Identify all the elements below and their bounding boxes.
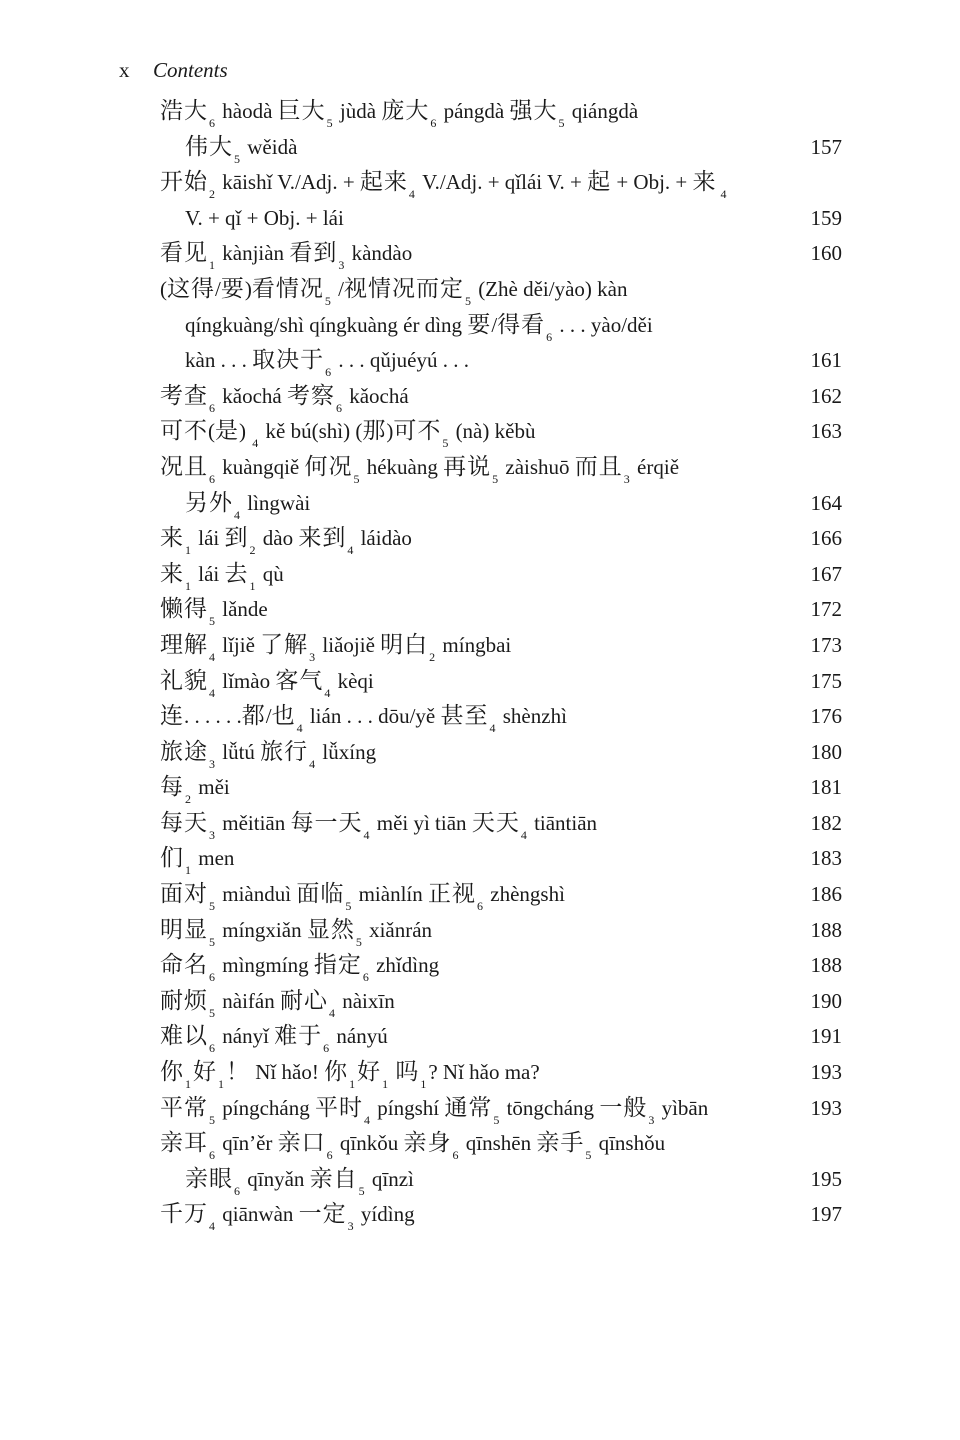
pinyin-text: liǎojiě	[317, 633, 380, 657]
pinyin-text: píngshí	[372, 1096, 444, 1120]
chinese-term: 千万	[160, 1201, 208, 1227]
toc-entry-line: 命名6 mìngmíng 指定6 zhǐdìng188	[160, 948, 842, 984]
hsk-level: 5	[209, 935, 215, 949]
chinese-term: 要	[221, 276, 245, 302]
pinyin-text: )	[245, 277, 252, 301]
chinese-term: 也	[272, 703, 296, 729]
chinese-term: ！	[226, 1059, 250, 1085]
pinyin-text: měi	[193, 775, 230, 799]
page-number: 175	[811, 664, 843, 700]
hsk-level: 6	[477, 899, 483, 913]
toc-entry-line: (这得/要)看情况5 /视情况而定5 (Zhè děi/yào) kàn	[160, 272, 842, 308]
pinyin-text: měitiān	[217, 811, 290, 835]
hsk-level: 6	[209, 1148, 215, 1162]
pinyin-text: lǎnde	[217, 597, 268, 621]
pinyin-text: qīnkǒu	[335, 1131, 404, 1155]
hsk-level: 4	[324, 686, 330, 700]
pinyin-text: míngbai	[437, 633, 511, 657]
pinyin-text: (Zhè děi/yào) kàn	[473, 277, 628, 301]
pinyin-text: V./Adj. + qǐlái V. +	[417, 170, 587, 194]
toc-entry-line: 平常5 píngcháng 平时4 píngshí 通常5 tōngcháng …	[160, 1091, 842, 1127]
chinese-term: 懒得	[160, 596, 208, 622]
toc-entry-continuation: qíngkuàng/shì qíngkuàng ér dìng 要/得看6 . …	[160, 308, 842, 344]
hsk-level: 5	[492, 472, 498, 486]
toc-entry[interactable]: 来1 lái 去1 qù167	[160, 557, 842, 593]
hsk-level: 5	[325, 294, 331, 308]
chinese-term: 你	[160, 1059, 184, 1085]
chinese-term: 看到	[289, 240, 337, 266]
toc-entry-line: 来1 lái 到2 dào 来到4 láidào166	[160, 521, 842, 557]
page-number: 160	[811, 236, 843, 272]
toc-entry[interactable]: 你1好1！ Nǐ hǎo! 你1好1 吗1? Nǐ hǎo ma?193	[160, 1055, 842, 1091]
hsk-level: 5	[356, 935, 362, 949]
page-number: 161	[811, 343, 843, 379]
toc-entry-line: 理解4 lǐjiě 了解3 liǎojiě 明白2 míngbai173	[160, 628, 842, 664]
pinyin-text: jùdà	[335, 99, 382, 123]
pinyin-text: tiāntiān	[529, 811, 597, 835]
hsk-level: 5	[359, 1184, 365, 1198]
hsk-level: 5	[209, 1006, 215, 1020]
pinyin-text: qiángdà	[566, 99, 638, 123]
pinyin-text: xiǎnrán	[364, 918, 432, 942]
hsk-level: 5	[209, 614, 215, 628]
toc-entry-line: 每天3 měitiān 每一天4 měi yì tiān 天天4 tiāntiā…	[160, 806, 842, 842]
pinyin-text: miànduì	[217, 882, 296, 906]
hsk-level: 6	[430, 116, 436, 130]
chinese-term: 每天	[160, 810, 208, 836]
chinese-term: 耐心	[280, 988, 328, 1014]
hsk-level: 1	[209, 258, 215, 272]
hsk-level: 6	[546, 330, 552, 344]
toc-entry-continuation: V. + qǐ + Obj. + lái159	[160, 201, 842, 237]
chinese-term: 亲自	[310, 1166, 358, 1192]
chinese-term: 另外	[185, 490, 233, 516]
page-number: 193	[811, 1091, 843, 1127]
hsk-level: 5	[209, 899, 215, 913]
toc-entry-line: 难以6 nányǐ 难于6 nányú191	[160, 1019, 842, 1055]
hsk-level: 1	[185, 579, 191, 593]
chinese-term: 可不	[160, 418, 208, 444]
pinyin-text: kāishǐ V./Adj. +	[217, 170, 360, 194]
page-number: 190	[811, 984, 843, 1020]
hsk-level: 1	[218, 1077, 224, 1091]
hsk-level: 4	[521, 828, 527, 842]
chinese-term: 庞大	[381, 98, 429, 124]
hsk-level: 2	[185, 792, 191, 806]
pinyin-text: qíngkuàng/shì qíngkuàng ér dìng	[185, 313, 467, 337]
chinese-term: 吗	[395, 1059, 419, 1085]
page-number: 197	[811, 1197, 843, 1233]
toc-entry[interactable]: 礼貌4 lǐmào 客气4 kèqi175	[160, 664, 842, 700]
toc-entry[interactable]: 浩大6 hàodà 巨大5 jùdà 庞大6 pángdà 强大5 qiángd…	[160, 94, 842, 165]
toc-entry[interactable]: 连. . . . . .都/也4 lián . . . dōu/yě 甚至4 s…	[160, 699, 842, 735]
toc-entry-line: 考查6 kǎochá 考察6 kǎochá162	[160, 379, 842, 415]
toc-entry[interactable]: 面对5 miànduì 面临5 miànlín 正视6 zhèngshì186	[160, 877, 842, 913]
hsk-level: 5	[209, 1113, 215, 1127]
pinyin-text: qīnshǒu	[593, 1131, 665, 1155]
toc-entry-line: 你1好1！ Nǐ hǎo! 你1好1 吗1? Nǐ hǎo ma?193	[160, 1055, 842, 1091]
chinese-term: 是	[215, 418, 239, 444]
chinese-term: 来	[160, 561, 184, 587]
toc-entry[interactable]: 难以6 nányǐ 难于6 nányú191	[160, 1019, 842, 1055]
toc-entry-line: 亲耳6 qīn’ěr 亲口6 qīnkǒu 亲身6 qīnshēn 亲手5 qī…	[160, 1126, 842, 1162]
hsk-level: 1	[250, 579, 256, 593]
toc-entry-line: 可不(是) 4 kě bú(shì) (那)可不5 (nà) kěbù163	[160, 414, 842, 450]
hsk-level: 6	[209, 472, 215, 486]
pinyin-text: lái	[193, 526, 225, 550]
page-number: 163	[811, 414, 843, 450]
chinese-term: 取决于	[252, 347, 324, 373]
page-number: 162	[811, 379, 843, 415]
hsk-level: 5	[353, 472, 359, 486]
page-number: 182	[811, 806, 843, 842]
hsk-level: 5	[327, 116, 333, 130]
chinese-term: 来	[693, 169, 717, 195]
pinyin-text: lián . . . dōu/yě	[305, 704, 441, 728]
chinese-term: 巨大	[278, 98, 326, 124]
hsk-level: 4	[347, 543, 353, 557]
chinese-term: 好	[193, 1059, 217, 1085]
toc-entry[interactable]: 理解4 lǐjiě 了解3 liǎojiě 明白2 míngbai173	[160, 628, 842, 664]
chinese-term: 正视	[428, 881, 476, 907]
toc-entry[interactable]: 平常5 píngcháng 平时4 píngshí 通常5 tōngcháng …	[160, 1091, 842, 1127]
hsk-level: 5	[585, 1148, 591, 1162]
chinese-term: 们	[160, 845, 184, 871]
chinese-term: 显然	[307, 917, 355, 943]
page-number: 157	[811, 130, 843, 166]
pinyin-text: lǚtú	[217, 740, 260, 764]
chinese-term: 理解	[160, 632, 208, 658]
hsk-level: 4	[364, 1113, 370, 1127]
pinyin-text: (nà) kěbù	[450, 419, 535, 443]
chinese-term: 通常	[444, 1095, 492, 1121]
hsk-level: 1	[420, 1077, 426, 1091]
pinyin-text: kàn . . .	[185, 348, 252, 372]
pinyin-text: qīnyǎn	[242, 1167, 310, 1191]
hsk-level: 2	[429, 650, 435, 664]
toc-entry-line: 懒得5 lǎnde172	[160, 592, 842, 628]
pinyin-text: kàndào	[346, 241, 412, 265]
pinyin-text: tōngcháng	[501, 1096, 599, 1120]
toc-entry[interactable]: 考查6 kǎochá 考察6 kǎochá162	[160, 379, 842, 415]
pinyin-text: . . . yào/děi	[554, 313, 653, 337]
pinyin-text: V. + qǐ + Obj. + lái	[185, 206, 344, 230]
pinyin-text: kànjiàn	[217, 241, 289, 265]
toc-entry-line: 连. . . . . .都/也4 lián . . . dōu/yě 甚至4 s…	[160, 699, 842, 735]
hsk-level: 3	[309, 650, 315, 664]
hsk-level: 3	[648, 1113, 654, 1127]
chinese-term: 去	[225, 561, 249, 587]
pinyin-text: yìbān	[656, 1096, 708, 1120]
pinyin-text: kèqi	[332, 669, 373, 693]
pinyin-text: lǐjiě	[217, 633, 260, 657]
hsk-level: 1	[185, 863, 191, 877]
pinyin-text: érqiě	[632, 455, 679, 479]
toc-entry-line: 耐烦5 nàifán 耐心4 nàixīn190	[160, 984, 842, 1020]
pinyin-text: wěidà	[242, 135, 297, 159]
hsk-level: 6	[209, 1041, 215, 1055]
toc-entry-line: 礼貌4 lǐmào 客气4 kèqi175	[160, 664, 842, 700]
hsk-level: 3	[348, 1219, 354, 1233]
chinese-term: 连	[160, 703, 184, 729]
chinese-term: 可不	[393, 418, 441, 444]
pinyin-text: mìngmíng	[217, 953, 314, 977]
pinyin-text: nányǐ	[217, 1024, 274, 1048]
page-number: 180	[811, 735, 843, 771]
pinyin-text: . . . . . .	[184, 704, 242, 728]
page-number: 167	[811, 557, 843, 593]
toc-entry-continuation: kàn . . . 取决于6 . . . qǔjuéyú . . .161	[160, 343, 842, 379]
page-number: 191	[811, 1019, 843, 1055]
toc-entry[interactable]: 每天3 měitiān 每一天4 měi yì tiān 天天4 tiāntiā…	[160, 806, 842, 842]
pinyin-text: qīn’ěr	[217, 1131, 278, 1155]
page-number: 186	[811, 877, 843, 913]
chinese-term: 难以	[160, 1023, 208, 1049]
pinyin-text: men	[193, 846, 234, 870]
hsk-level: 4	[234, 508, 240, 522]
chinese-term: 旅行	[260, 739, 308, 765]
hsk-level: 6	[327, 1148, 333, 1162]
pinyin-text: miànlín	[353, 882, 428, 906]
chinese-term: 何况	[304, 454, 352, 480]
toc-entry[interactable]: 懒得5 lǎnde172	[160, 592, 842, 628]
chinese-term: 客气	[275, 668, 323, 694]
pinyin-text: lìngwài	[242, 491, 310, 515]
pinyin-text: píngcháng	[217, 1096, 315, 1120]
running-head: xContents	[119, 56, 228, 84]
table-of-contents: 浩大6 hàodà 巨大5 jùdà 庞大6 pángdà 强大5 qiángd…	[160, 94, 842, 1233]
hsk-level: 4	[490, 721, 496, 735]
hsk-level: 4	[409, 187, 415, 201]
hsk-level: 4	[209, 1219, 215, 1233]
chinese-term: 旅途	[160, 739, 208, 765]
page-number: 188	[811, 948, 843, 984]
pinyin-text: hàodà	[217, 99, 278, 123]
pinyin-text: (	[160, 277, 167, 301]
page-number: 193	[811, 1055, 843, 1091]
hsk-level: 6	[336, 401, 342, 415]
hsk-level: 6	[234, 1184, 240, 1198]
toc-entry-line: 开始2 kāishǐ V./Adj. + 起来4 V./Adj. + qǐlái…	[160, 165, 842, 201]
chinese-term: 再说	[443, 454, 491, 480]
pinyin-text: qù	[258, 562, 284, 586]
toc-entry[interactable]: (这得/要)看情况5 /视情况而定5 (Zhè děi/yào) kànqíng…	[160, 272, 842, 379]
hsk-level: 5	[465, 294, 471, 308]
hsk-level: 6	[323, 1041, 329, 1055]
toc-entry-continuation: 亲眼6 qīnyǎn 亲自5 qīnzì195	[160, 1162, 842, 1198]
chinese-term: 每一天	[290, 810, 362, 836]
toc-entry[interactable]: 每2 měi181	[160, 770, 842, 806]
hsk-level: 5	[234, 152, 240, 166]
chinese-term: 亲耳	[160, 1130, 208, 1156]
toc-entry-continuation: 伟大5 wěidà157	[160, 130, 842, 166]
hsk-level: 5	[558, 116, 564, 130]
page-number: 159	[811, 201, 843, 237]
toc-entry-line: 看见1 kànjiàn 看到3 kàndào160	[160, 236, 842, 272]
pinyin-text: lái	[193, 562, 225, 586]
pinyin-text: láidào	[355, 526, 412, 550]
toc-entry-line: 面对5 miànduì 面临5 miànlín 正视6 zhèngshì186	[160, 877, 842, 913]
pinyin-text: (	[208, 419, 215, 443]
chinese-term: 亲身	[404, 1130, 452, 1156]
hsk-level: 5	[345, 899, 351, 913]
chinese-term: 到	[225, 525, 249, 551]
hsk-level: 6	[209, 116, 215, 130]
chinese-term: 天天	[472, 810, 520, 836]
hsk-level: 1	[185, 543, 191, 557]
toc-entry-line: 来1 lái 去1 qù167	[160, 557, 842, 593]
pinyin-text: . . . qǔjuéyú . . .	[333, 348, 469, 372]
chinese-term: 难于	[274, 1023, 322, 1049]
chinese-term: 而且	[575, 454, 623, 480]
chinese-term: 看见	[160, 240, 208, 266]
page-number: 188	[811, 913, 843, 949]
chinese-term: 一定	[299, 1201, 347, 1227]
chinese-term: 每	[160, 774, 184, 800]
toc-entry-continuation: 另外4 lìngwài164	[160, 486, 842, 522]
hsk-level: 6	[209, 401, 215, 415]
chinese-term: 开始	[160, 169, 208, 195]
pinyin-text: kě bú(shì) (	[260, 419, 362, 443]
hsk-level: 4	[718, 187, 727, 201]
pinyin-text: dào	[258, 526, 299, 550]
chinese-term: 考察	[287, 383, 335, 409]
toc-entry[interactable]: 来1 lái 到2 dào 来到4 láidào166	[160, 521, 842, 557]
chinese-term: 甚至	[441, 703, 489, 729]
chinese-term: 浩大	[160, 98, 208, 124]
page-number: 164	[811, 486, 843, 522]
chinese-term: 明白	[380, 632, 428, 658]
page-number: 176	[811, 699, 843, 735]
toc-entry[interactable]: 看见1 kànjiàn 看到3 kàndào160	[160, 236, 842, 272]
toc-entry[interactable]: 亲耳6 qīn’ěr 亲口6 qīnkǒu 亲身6 qīnshēn 亲手5 qī…	[160, 1126, 842, 1197]
chinese-term: 要	[467, 312, 491, 338]
pinyin-text: qiānwàn	[217, 1202, 299, 1226]
hsk-level: 3	[338, 258, 344, 272]
chinese-term: 面临	[296, 881, 344, 907]
page-number: 181	[811, 770, 843, 806]
pinyin-text: nàixīn	[337, 989, 395, 1013]
chinese-term: 强大	[509, 98, 557, 124]
hsk-level: 6	[363, 970, 369, 984]
toc-entry-line: 每2 měi181	[160, 770, 842, 806]
chinese-term: 来	[160, 525, 184, 551]
hsk-level: 4	[309, 757, 315, 771]
pinyin-text: kǎochá	[217, 384, 287, 408]
page-number: 166	[811, 521, 843, 557]
pinyin-text: měi yì tiān	[371, 811, 471, 835]
hsk-level: 4	[209, 686, 215, 700]
hsk-level: 6	[209, 970, 215, 984]
hsk-level: 4	[252, 436, 258, 450]
chinese-term: 一般	[599, 1095, 647, 1121]
chinese-term: 这得	[167, 276, 215, 302]
hsk-level: 5	[493, 1113, 499, 1127]
hsk-level: 5	[442, 436, 448, 450]
toc-entry-line: 们1 men183	[160, 841, 842, 877]
page-number: 173	[811, 628, 843, 664]
hsk-level: 2	[250, 543, 256, 557]
hsk-level: 4	[209, 650, 215, 664]
hsk-level: 1	[349, 1077, 355, 1091]
chinese-term: 亲眼	[185, 1166, 233, 1192]
chinese-term: 考查	[160, 383, 208, 409]
toc-entry[interactable]: 命名6 mìngmíng 指定6 zhǐdìng188	[160, 948, 842, 984]
running-title: Contents	[153, 58, 228, 82]
toc-entry[interactable]: 况且6 kuàngqiě 何况5 hékuàng 再说5 zàishuō 而且3…	[160, 450, 842, 521]
chinese-term: 亲口	[278, 1130, 326, 1156]
toc-entry[interactable]: 明显5 míngxiǎn 显然5 xiǎnrán188	[160, 913, 842, 949]
pinyin-text: lǐmào	[217, 669, 275, 693]
pinyin-text: kǎochá	[344, 384, 409, 408]
chinese-term: 你	[324, 1059, 348, 1085]
hsk-level: 2	[209, 187, 215, 201]
pinyin-text: qīnshēn	[461, 1131, 537, 1155]
pinyin-text: )	[239, 419, 251, 443]
chinese-term: 礼貌	[160, 668, 208, 694]
toc-entry[interactable]: 千万4 qiānwàn 一定3 yídìng197	[160, 1197, 842, 1233]
chinese-term: 明显	[160, 917, 208, 943]
hsk-level: 4	[363, 828, 369, 842]
page-folio: x	[119, 56, 153, 84]
chinese-term: 亲手	[536, 1130, 584, 1156]
toc-entry-line: 千万4 qiānwàn 一定3 yídìng197	[160, 1197, 842, 1233]
pinyin-text: ? Nǐ hǎo ma?	[428, 1060, 539, 1084]
pinyin-text: zhǐdìng	[371, 953, 439, 977]
toc-entry[interactable]: 可不(是) 4 kě bú(shì) (那)可不5 (nà) kěbù163	[160, 414, 842, 450]
pinyin-text: nàifán	[217, 989, 280, 1013]
chinese-term: 伟大	[185, 134, 233, 160]
chinese-term: 况且	[160, 454, 208, 480]
chinese-term: 耐烦	[160, 988, 208, 1014]
chinese-term: 起	[587, 169, 611, 195]
chinese-term: 好	[357, 1059, 381, 1085]
chinese-term: 来到	[298, 525, 346, 551]
hsk-level: 6	[453, 1148, 459, 1162]
pinyin-text: /	[333, 277, 344, 301]
toc-entry[interactable]: 们1 men183	[160, 841, 842, 877]
hsk-level: 1	[185, 1077, 191, 1091]
chinese-term: 指定	[314, 952, 362, 978]
chinese-term: 那	[362, 418, 386, 444]
chinese-term: 平时	[315, 1095, 363, 1121]
pinyin-text: shènzhì	[498, 704, 567, 728]
toc-entry-line: 浩大6 hàodà 巨大5 jùdà 庞大6 pángdà 强大5 qiángd…	[160, 94, 842, 130]
chinese-term: 看情况	[252, 276, 324, 302]
page-number: 172	[811, 592, 843, 628]
chinese-term: 都	[242, 703, 266, 729]
toc-entry[interactable]: 开始2 kāishǐ V./Adj. + 起来4 V./Adj. + qǐlái…	[160, 165, 842, 236]
page-number: 183	[811, 841, 843, 877]
chinese-term: 命名	[160, 952, 208, 978]
pinyin-text: kuàngqiě	[217, 455, 304, 479]
pinyin-text: míngxiǎn	[217, 918, 307, 942]
pinyin-text: zàishuō	[500, 455, 575, 479]
toc-entry-line: 况且6 kuàngqiě 何况5 hékuàng 再说5 zàishuō 而且3…	[160, 450, 842, 486]
pinyin-text: + Obj. +	[611, 170, 692, 194]
hsk-level: 4	[297, 721, 303, 735]
toc-entry[interactable]: 耐烦5 nàifán 耐心4 nàixīn190	[160, 984, 842, 1020]
page-number: 195	[811, 1162, 843, 1198]
chinese-term: 平常	[160, 1095, 208, 1121]
pinyin-text: pángdà	[438, 99, 509, 123]
pinyin-text: zhèngshì	[485, 882, 565, 906]
hsk-level: 3	[209, 828, 215, 842]
hsk-level: 6	[325, 365, 331, 379]
hsk-level: 1	[382, 1077, 388, 1091]
hsk-level: 3	[624, 472, 630, 486]
toc-entry[interactable]: 旅途3 lǚtú 旅行4 lǚxíng180	[160, 735, 842, 771]
